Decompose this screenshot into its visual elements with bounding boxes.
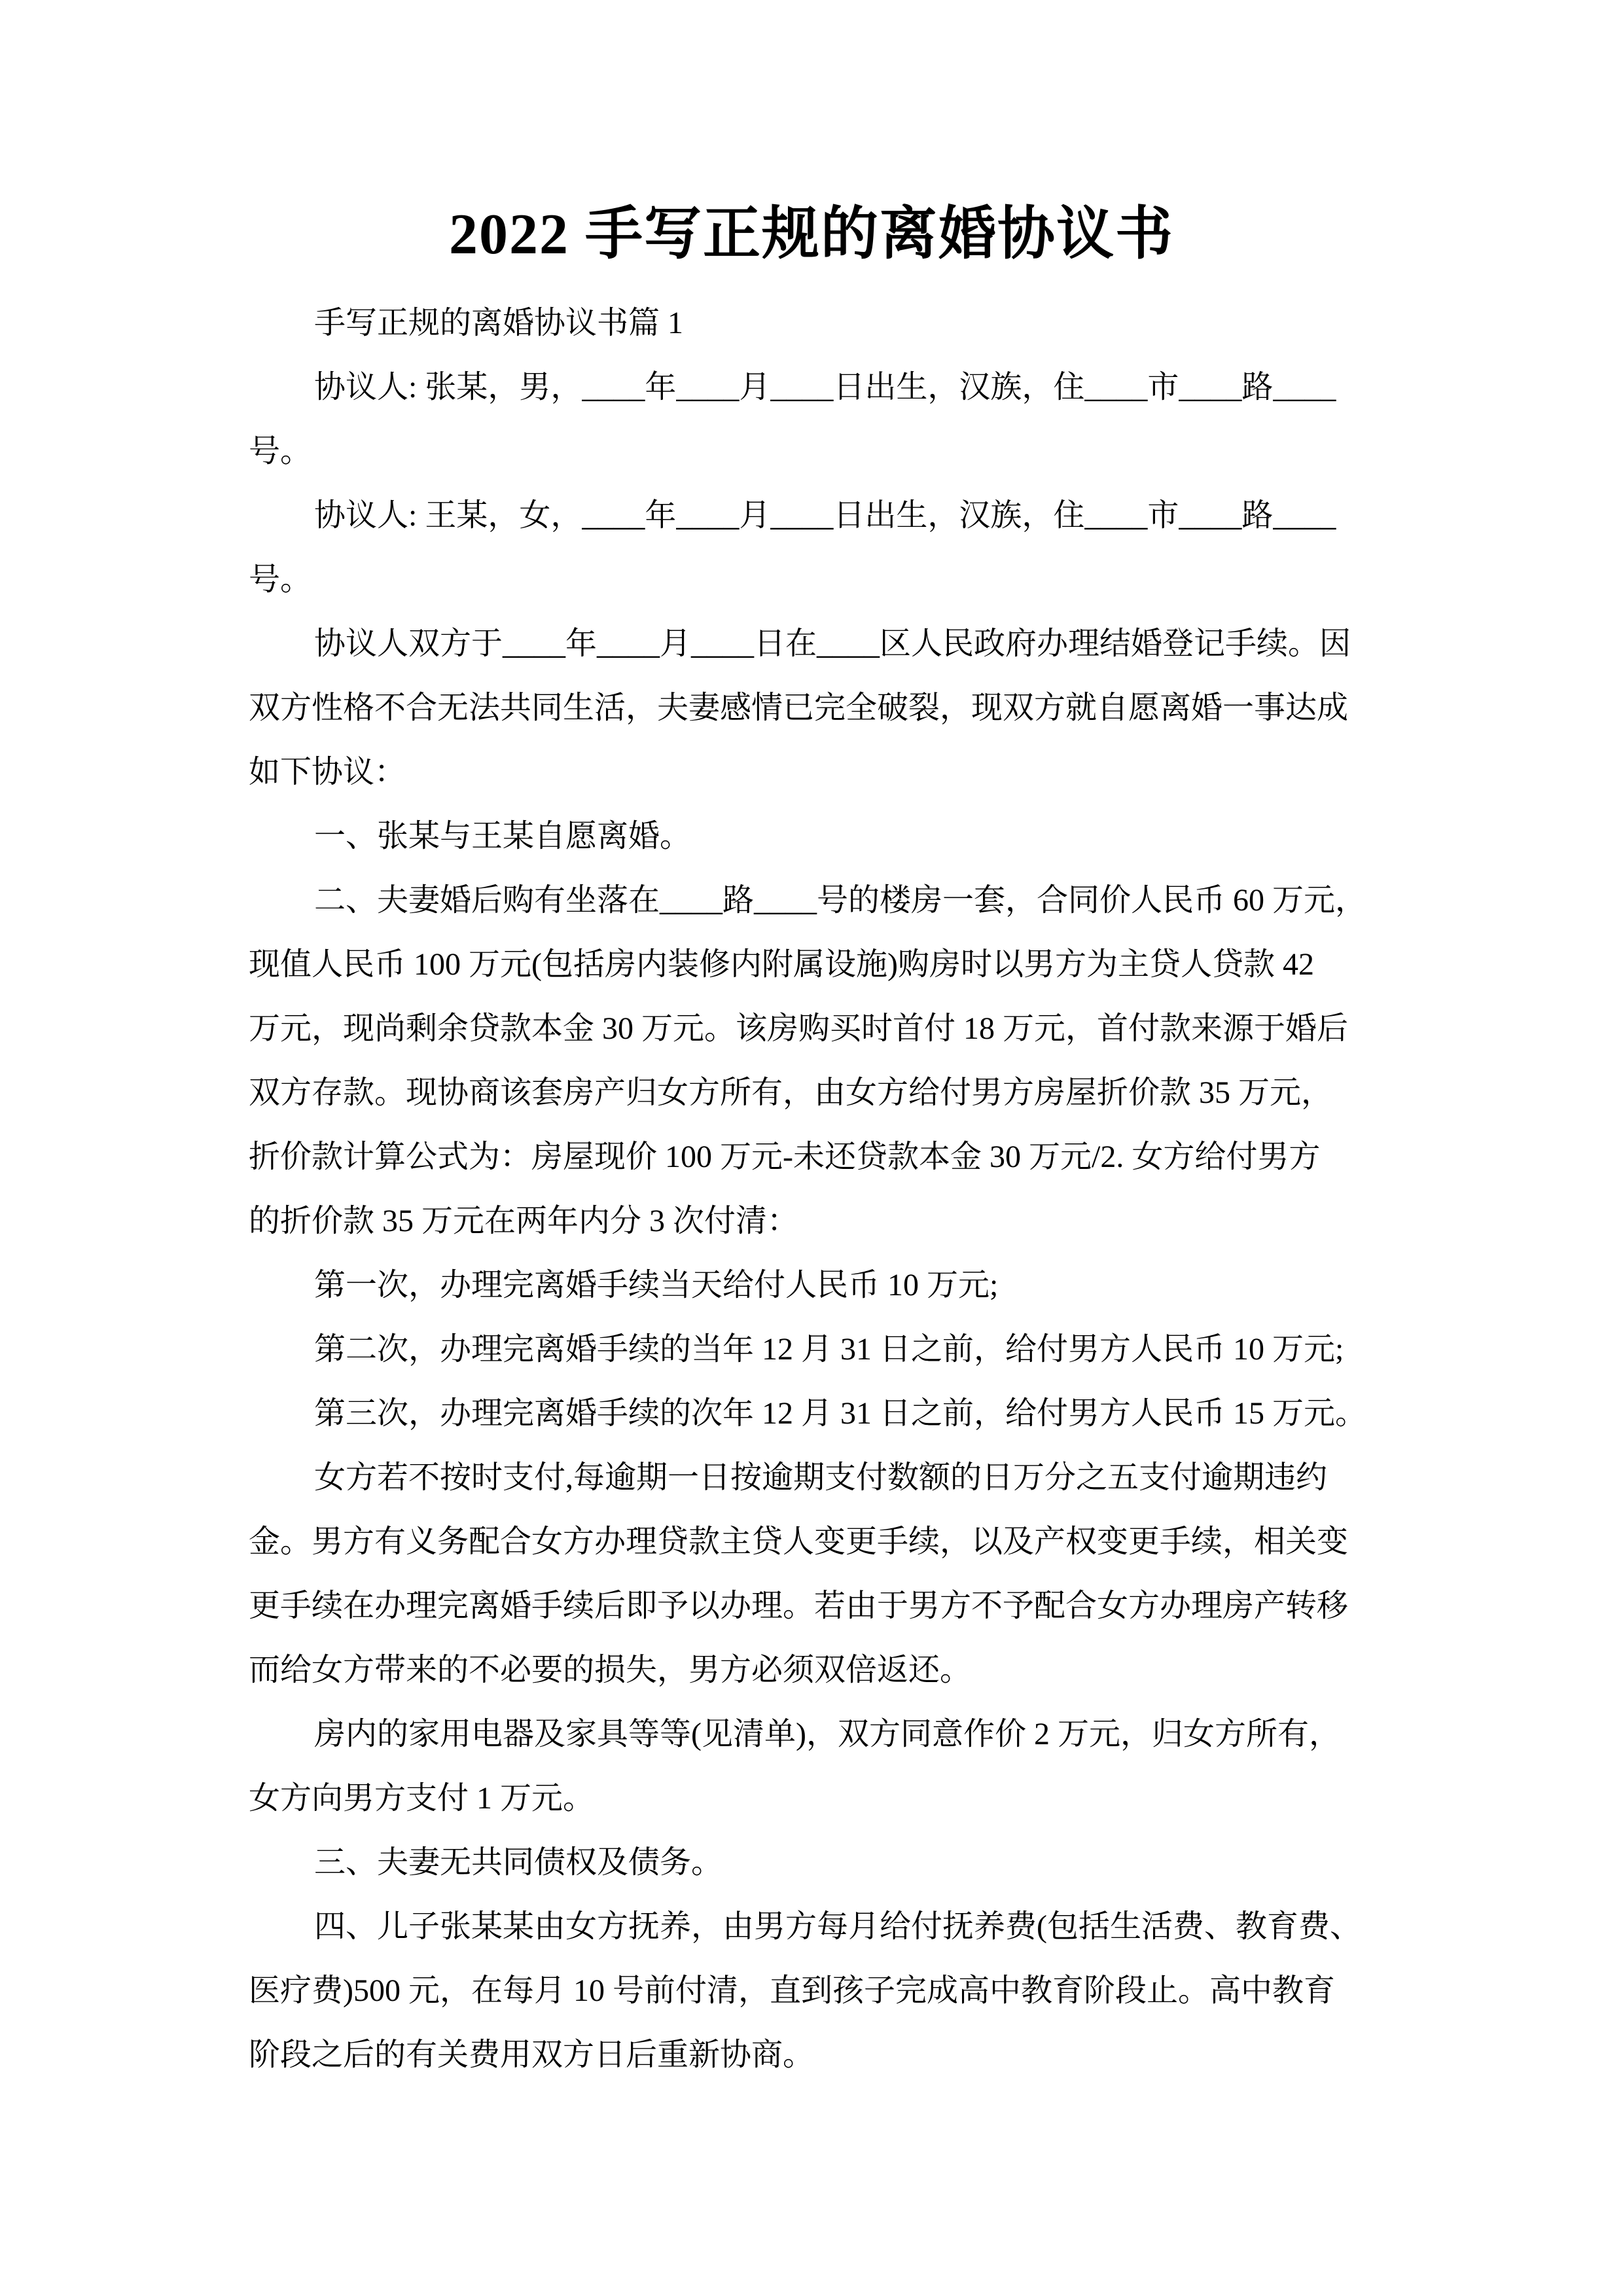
text-line: 二、夫妻婚后购有坐落在____路____号的楼房一套，合同价人民币 60 万元， — [249, 869, 1387, 933]
text-line: 号。 — [249, 420, 1387, 484]
text-line: 折价款计算公式为：房屋现价 100 万元-未还贷款本金 30 万元/2. 女方给… — [249, 1125, 1387, 1189]
text-line: 阶段之后的有关费用双方日后重新协商。 — [249, 2023, 1387, 2087]
document-page: 2022 手写正规的离婚协议书 手写正规的离婚协议书篇 1 协议人: 张某，男，… — [0, 0, 1623, 2296]
text-line: 更手续在办理完离婚手续后即予以办理。若由于男方不予配合女方办理房产转移 — [249, 1574, 1387, 1638]
text-line: 医疗费)500 元，在每月 10 号前付清，直到孩子完成高中教育阶段止。高中教育 — [249, 1959, 1387, 2023]
text-line: 协议人双方于____年____月____日在____区人民政府办理结婚登记手续。… — [249, 612, 1387, 676]
text-line: 手写正规的离婚协议书篇 1 — [249, 291, 1387, 355]
text-line: 一、张某与王某自愿离婚。 — [249, 804, 1387, 869]
text-line: 双方性格不合无法共同生活，夫妻感情已完全破裂，现双方就自愿离婚一事达成 — [249, 676, 1387, 740]
text-line: 的折价款 35 万元在两年内分 3 次付清： — [249, 1189, 1387, 1253]
text-line: 女方向男方支付 1 万元。 — [249, 1767, 1387, 1831]
text-line: 第二次，办理完离婚手续的当年 12 月 31 日之前，给付男方人民币 10 万元… — [249, 1318, 1387, 1382]
text-line: 第一次，办理完离婚手续当天给付人民币 10 万元; — [249, 1253, 1387, 1318]
text-line: 万元，现尚剩余贷款本金 30 万元。该房购买时首付 18 万元，首付款来源于婚后 — [249, 997, 1387, 1061]
text-line: 号。 — [249, 548, 1387, 612]
document-body: 手写正规的离婚协议书篇 1 协议人: 张某，男，____年____月____日出… — [0, 291, 1623, 2087]
text-line: 金。男方有义务配合女方办理贷款主贷人变更手续，以及产权变更手续，相关变 — [249, 1510, 1387, 1574]
text-line: 而给女方带来的不必要的损失，男方必须双倍返还。 — [249, 1638, 1387, 1702]
page-title: 2022 手写正规的离婚协议书 — [0, 0, 1623, 275]
text-line: 女方若不按时支付,每逾期一日按逾期支付数额的日万分之五支付逾期违约 — [249, 1446, 1387, 1510]
text-line: 房内的家用电器及家具等等(见清单)，双方同意作价 2 万元，归女方所有， — [249, 1702, 1387, 1767]
text-line: 协议人: 王某，女，____年____月____日出生，汉族，住____市___… — [249, 484, 1387, 548]
text-line: 第三次，办理完离婚手续的次年 12 月 31 日之前，给付男方人民币 15 万元… — [249, 1382, 1387, 1446]
text-line: 现值人民币 100 万元(包括房内装修内附属设施)购房时以男方为主贷人贷款 42 — [249, 933, 1387, 997]
text-line: 四、儿子张某某由女方抚养，由男方每月给付抚养费(包括生活费、教育费、 — [249, 1895, 1387, 1959]
text-line: 双方存款。现协商该套房产归女方所有，由女方给付男方房屋折价款 35 万元， — [249, 1061, 1387, 1125]
text-line: 如下协议： — [249, 740, 1387, 804]
text-line: 协议人: 张某，男，____年____月____日出生，汉族，住____市___… — [249, 355, 1387, 420]
text-line: 三、夫妻无共同债权及债务。 — [249, 1831, 1387, 1895]
